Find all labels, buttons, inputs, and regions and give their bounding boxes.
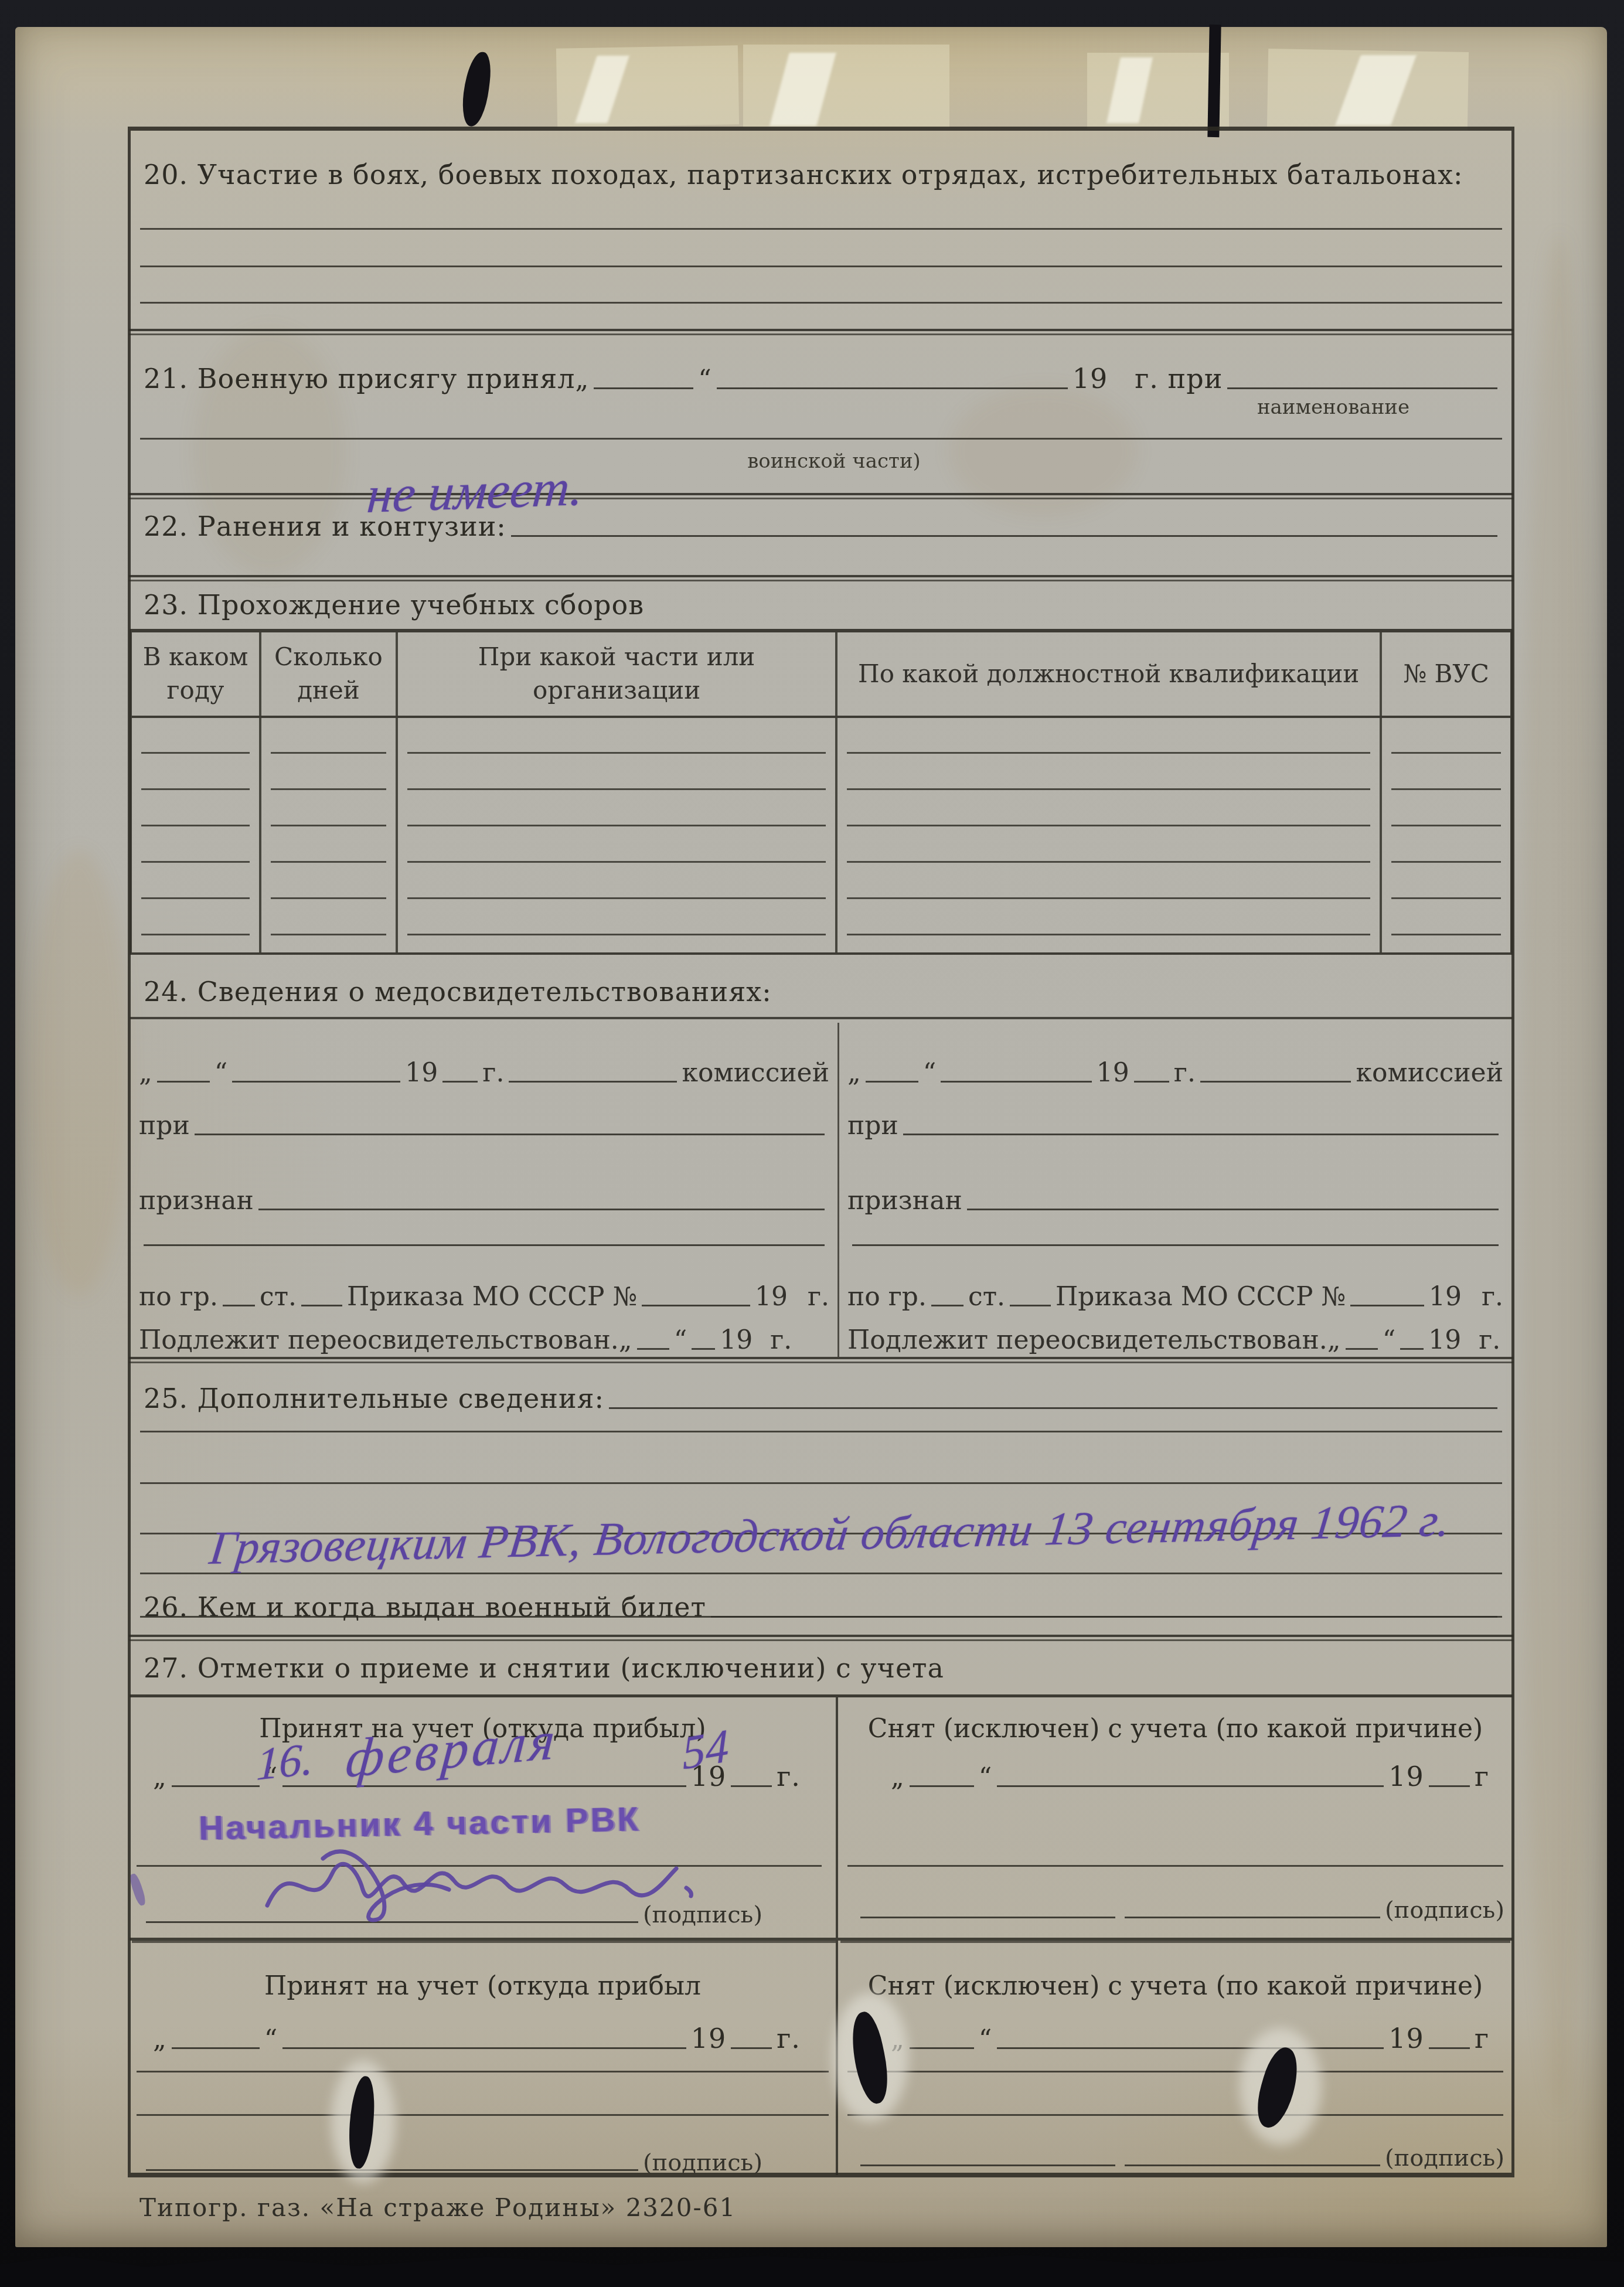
blank-line <box>847 2114 1503 2116</box>
accepted-header: Принят на учет (откуда прибыл <box>130 1971 836 2001</box>
st-label: ст. <box>260 1282 297 1312</box>
blank-line <box>860 1917 1115 1918</box>
blank-line <box>282 2047 686 2049</box>
year-suffix: г. при <box>1135 363 1223 394</box>
blank-line <box>637 1348 669 1350</box>
year-prefix: 19 <box>1428 1325 1461 1355</box>
commission-label: комиссией <box>682 1058 829 1088</box>
quote-close: “ <box>264 2024 278 2054</box>
blank-line <box>1125 2165 1380 2166</box>
quote-close: “ <box>674 1325 687 1355</box>
blank-line <box>903 1134 1499 1135</box>
quote-close: “ <box>979 1762 993 1792</box>
table-column <box>132 718 261 952</box>
signature-line: (подпись) <box>141 2149 762 2176</box>
section-27-title: 27. Отметки о приеме и снятии (исключени… <box>144 1652 944 1684</box>
hint-name: наименование <box>1152 396 1515 419</box>
col-header-year: В каком году <box>132 632 261 716</box>
section-separator <box>129 493 1513 499</box>
prikaz-label: Приказа МО СССР № <box>1056 1282 1346 1312</box>
priznan-label: признан <box>847 1186 962 1216</box>
handwriting-day: 16. <box>256 1732 314 1791</box>
blank-line <box>195 1134 825 1135</box>
medical-reexam-line: Подлежит переосвидетельствован. „ “ 19 г… <box>139 1325 829 1355</box>
quote-open: „ <box>153 1762 167 1792</box>
quote-open: „ <box>891 1762 905 1792</box>
blank-line <box>140 266 1502 267</box>
blank-line <box>172 1785 260 1787</box>
year-prefix: 19 <box>720 1325 753 1355</box>
section-23-title: 23. Прохождение учебных сборов <box>144 589 644 621</box>
prikaz-label: Приказа МО СССР № <box>347 1282 637 1312</box>
blank-line <box>511 535 1497 537</box>
blank-line <box>1010 1305 1051 1306</box>
removed-header: Снят (исключен) с учета (по какой причин… <box>838 1971 1513 2001</box>
section-separator <box>129 575 1513 581</box>
pri-label: при <box>139 1111 190 1141</box>
blank-line <box>910 2047 974 2049</box>
blank-line <box>140 1431 1502 1432</box>
medical-reexam-line: Подлежит переосвидетельствован. „ “ 19 г… <box>847 1325 1503 1355</box>
accepted-cell-1: Принят на учет (откуда прибыл) „ “ 19 г.… <box>130 1697 838 1941</box>
blank-line <box>1134 1081 1169 1083</box>
year-suffix: г <box>1475 2023 1489 2054</box>
quote-open: „ <box>576 365 590 394</box>
quote-close: “ <box>923 1058 937 1088</box>
blank-line <box>232 1081 400 1083</box>
col-header-days: Сколько дней <box>261 632 398 716</box>
po-gr-label: по гр. <box>847 1282 927 1312</box>
blank-line <box>442 1081 478 1083</box>
section-separator <box>129 1357 1513 1363</box>
quote-open: „ <box>153 2024 167 2054</box>
blank-line <box>140 1573 1502 1574</box>
blank-line <box>731 1785 772 1787</box>
section-separator <box>129 1635 1513 1641</box>
medical-date-line: „ “ 19 г. комиссией <box>847 1058 1503 1088</box>
blank-line <box>140 438 1502 440</box>
commission-label: комиссией <box>1356 1058 1503 1088</box>
blank-line <box>137 2071 829 2072</box>
section-25-label: 25. Дополнительные сведения: <box>144 1383 604 1414</box>
section-24-title: 24. Сведения о медосвидетельствованиях: <box>144 976 772 1008</box>
year-prefix: 19 <box>1097 1058 1129 1088</box>
blank-line <box>717 387 1068 389</box>
medical-pri-line: при <box>847 1111 1503 1141</box>
tear-mark <box>1207 25 1221 137</box>
year-suffix: г. <box>808 1282 829 1312</box>
blank-line <box>1227 387 1497 389</box>
blank-line <box>847 2071 1503 2072</box>
podlezhit-label: Подлежит переосвидетельствован. <box>139 1325 619 1355</box>
form-box: 20. Участие в боях, боевых походах, парт… <box>128 127 1514 2177</box>
blank-line <box>140 1482 1502 1484</box>
blank-line <box>731 2047 772 2049</box>
accepted-date-line: „ “ 19 г. <box>153 2023 801 2054</box>
signature-line: (подпись) <box>856 1897 1504 1924</box>
blank-line <box>1350 1305 1424 1306</box>
quote-open: „ <box>619 1325 632 1355</box>
photo-background: 20. Участие в боях, боевых походах, парт… <box>0 0 1624 2287</box>
podpis-label: (подпись) <box>1385 2145 1504 2172</box>
removed-cell-2: Снят (исключен) с учета (по какой причин… <box>838 1941 1513 2175</box>
blank-line <box>852 1244 1499 1246</box>
priznan-label: признан <box>139 1186 254 1216</box>
year-suffix: г. <box>1174 1058 1196 1088</box>
blank-line <box>137 2114 829 2116</box>
section-20-title: 20. Участие в боях, боевых походах, парт… <box>144 159 1463 190</box>
blank-line <box>140 228 1502 230</box>
handwriting-no-wounds: не имеет. <box>365 458 585 525</box>
blank-line <box>144 1244 825 1246</box>
blank-line <box>931 1305 963 1306</box>
blank-line <box>910 1785 974 1787</box>
year-suffix: г. <box>770 1325 792 1355</box>
blank-line <box>941 1081 1092 1083</box>
blank-line <box>1125 1917 1380 1918</box>
training-table-header: В каком году Сколько дней При какой част… <box>132 632 1510 718</box>
blank-line <box>301 1305 342 1306</box>
year-suffix: г. <box>1482 1282 1503 1312</box>
hint-unit: воинской части) <box>658 450 1010 473</box>
medical-entry-right: „ “ 19 г. комиссией при признан <box>839 1023 1511 1357</box>
medical-pri-line: при <box>139 1111 829 1141</box>
handwriting-issued-by: Грязовецким РВК, Вологодской области 13 … <box>207 1494 1453 1575</box>
blank-line <box>157 1081 210 1083</box>
col-header-unit: При какой части или организации <box>398 632 837 716</box>
year-prefix: 19 <box>1388 2023 1424 2054</box>
training-table: В каком году Сколько дней При какой част… <box>130 629 1513 955</box>
year-suffix: г. <box>777 2023 801 2054</box>
training-table-body <box>132 718 1510 952</box>
blank-line <box>140 302 1502 304</box>
quote-close: “ <box>1383 1325 1396 1355</box>
pri-label: при <box>847 1111 898 1141</box>
quote-open: „ <box>847 1058 861 1088</box>
podpis-label: (подпись) <box>1385 1897 1504 1924</box>
blank-line <box>1400 1348 1424 1350</box>
year-prefix: 19 <box>1429 1282 1462 1312</box>
blank-line <box>642 1305 750 1306</box>
medical-priznan-line: признан <box>847 1186 1503 1216</box>
table-column <box>261 718 398 952</box>
removed-cell-1: Снят (исключен) с учета (по какой причин… <box>838 1697 1513 1941</box>
removed-header: Снят (исключен) с учета (по какой причин… <box>838 1714 1513 1744</box>
quote-close: “ <box>215 1058 228 1088</box>
section-22-line: 22. Ранения и контузии: <box>144 511 1502 542</box>
blank-line <box>860 2165 1115 2166</box>
st-label: ст. <box>968 1282 1005 1312</box>
medical-priznan-line: признан <box>139 1186 829 1216</box>
blank-line <box>223 1305 255 1306</box>
podlezhit-label: Подлежит переосвидетельствован. <box>847 1325 1327 1355</box>
col-header-qualification: По какой должностной квалификации <box>837 632 1382 716</box>
year-prefix: 19 <box>405 1058 438 1088</box>
table-column <box>1382 718 1510 952</box>
medical-order-line: по гр. ст. Приказа МО СССР № 19 г. <box>139 1282 829 1312</box>
handwriting-year: 54 <box>682 1719 730 1781</box>
quote-close: “ <box>979 2024 993 2054</box>
section-21-line: 21. Военную присягу принял „ “ 19 г. при <box>144 363 1502 394</box>
section-25-line: 25. Дополнительные сведения: <box>144 1383 1502 1414</box>
year-prefix: 19 <box>1388 1761 1424 1792</box>
blank-line <box>140 1616 1502 1618</box>
blank-line <box>1346 1348 1378 1350</box>
blank-line <box>1429 2047 1470 2049</box>
section-21-label: 21. Военную присягу принял <box>144 363 576 394</box>
blank-line <box>847 1865 1503 1867</box>
table-column <box>398 718 837 952</box>
stain <box>29 850 129 1295</box>
podpis-label: (подпись) <box>643 2149 762 2176</box>
stain <box>1521 234 1597 2110</box>
signature-scribble <box>253 1832 768 1926</box>
blank-line <box>967 1209 1499 1210</box>
blank-line <box>146 2169 638 2171</box>
section-26-line: 26. Кем и когда выдан военный билет <box>144 1591 1502 1623</box>
blank-line <box>997 1785 1384 1787</box>
quote-open: „ <box>1327 1325 1341 1355</box>
blank-line <box>997 2047 1384 2049</box>
quote-close: “ <box>698 365 712 394</box>
year-prefix: 19 <box>755 1282 788 1312</box>
blank-line <box>1200 1081 1351 1083</box>
quote-open: „ <box>139 1058 152 1088</box>
removed-date-line: „ “ 19 г <box>891 2023 1489 2054</box>
section-separator <box>129 329 1513 335</box>
heavy-line <box>130 1017 1513 1019</box>
year-suffix: г. <box>1479 1325 1500 1355</box>
blank-line <box>509 1081 677 1083</box>
removed-date-line: „ “ 19 г <box>891 1761 1489 1792</box>
blank-line <box>258 1209 825 1210</box>
year-suffix: г. <box>482 1058 504 1088</box>
medical-date-line: „ “ 19 г. комиссией <box>139 1058 829 1088</box>
table-column <box>837 718 1382 952</box>
year-suffix: г <box>1475 1761 1489 1792</box>
blank-line <box>866 1081 918 1083</box>
year-suffix: г. <box>777 1761 801 1792</box>
medical-blank-line <box>847 1244 1503 1251</box>
medical-blank-line <box>139 1244 829 1251</box>
col-header-vus: № ВУС <box>1382 632 1510 716</box>
accepted-cell-2: Принят на учет (откуда прибыл „ “ 19 г. … <box>130 1941 838 2175</box>
year-prefix: 19 <box>1073 363 1108 394</box>
signature-line: (подпись) <box>856 2145 1504 2172</box>
year-prefix: 19 <box>691 2023 727 2054</box>
blank-line <box>1429 1785 1470 1787</box>
medical-entry-left: „ “ 19 г. комиссией при признан <box>131 1023 839 1357</box>
ink-mark <box>128 1873 148 1907</box>
po-gr-label: по гр. <box>139 1282 218 1312</box>
print-shop-imprint: Типогр. газ. «На страже Родины» 2320-61 <box>139 2193 736 2222</box>
blank-line <box>609 1407 1497 1409</box>
medical-columns: „ “ 19 г. комиссией при признан <box>131 1023 1511 1357</box>
blank-line <box>692 1348 715 1350</box>
blank-line <box>172 2047 260 2049</box>
blank-line <box>594 387 693 389</box>
medical-order-line: по гр. ст. Приказа МО СССР № 19 г. <box>847 1282 1503 1312</box>
section-26-label: 26. Кем и когда выдан военный билет <box>144 1591 706 1623</box>
